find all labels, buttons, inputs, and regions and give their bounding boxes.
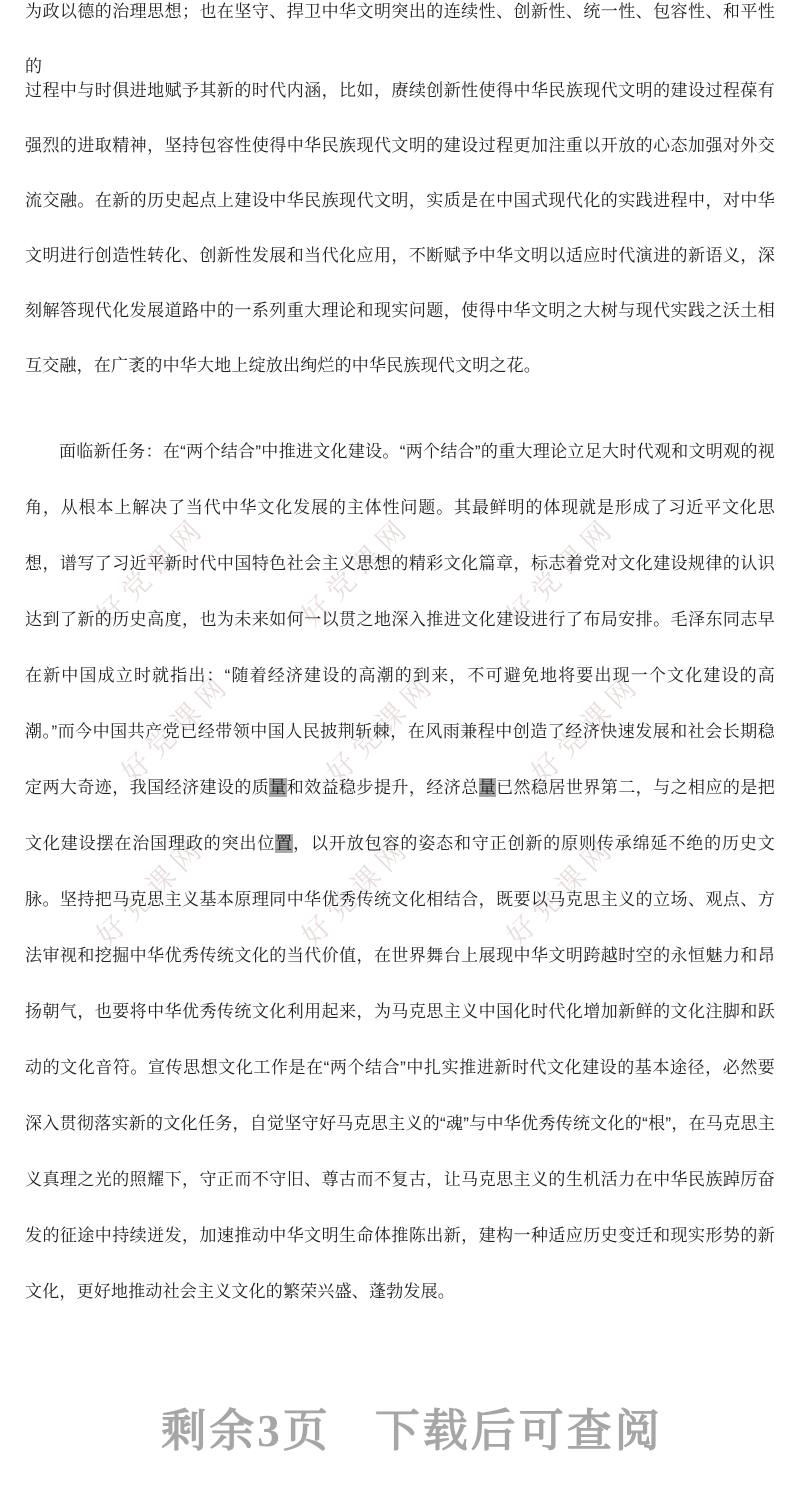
- highlighted-character: 量: [269, 778, 286, 797]
- paragraph-1: 过程中与时俱进地赋予其新的时代内涵，比如，赓续创新性使得中华民族现代文明的建设过…: [25, 63, 775, 393]
- download-hint-text: 下载后可查阅: [375, 1394, 663, 1459]
- remaining-pages-text: 剩余3页: [161, 1394, 331, 1459]
- paragraph-2: 面临新任务：在“两个结合”中推进文化建设。“两个结合”的重大理论立足大时代观和文…: [25, 424, 775, 1320]
- highlighted-character: 量: [479, 778, 496, 797]
- document-preview-page: 好党课网 好党课网 好党课网 好党课网 好党课网 好党课网 好党课网 好党课网 …: [0, 0, 800, 1499]
- highlighted-character: 置: [275, 834, 293, 853]
- remaining-pages-notice: 剩余3页 下载后可查阅: [12, 1394, 800, 1459]
